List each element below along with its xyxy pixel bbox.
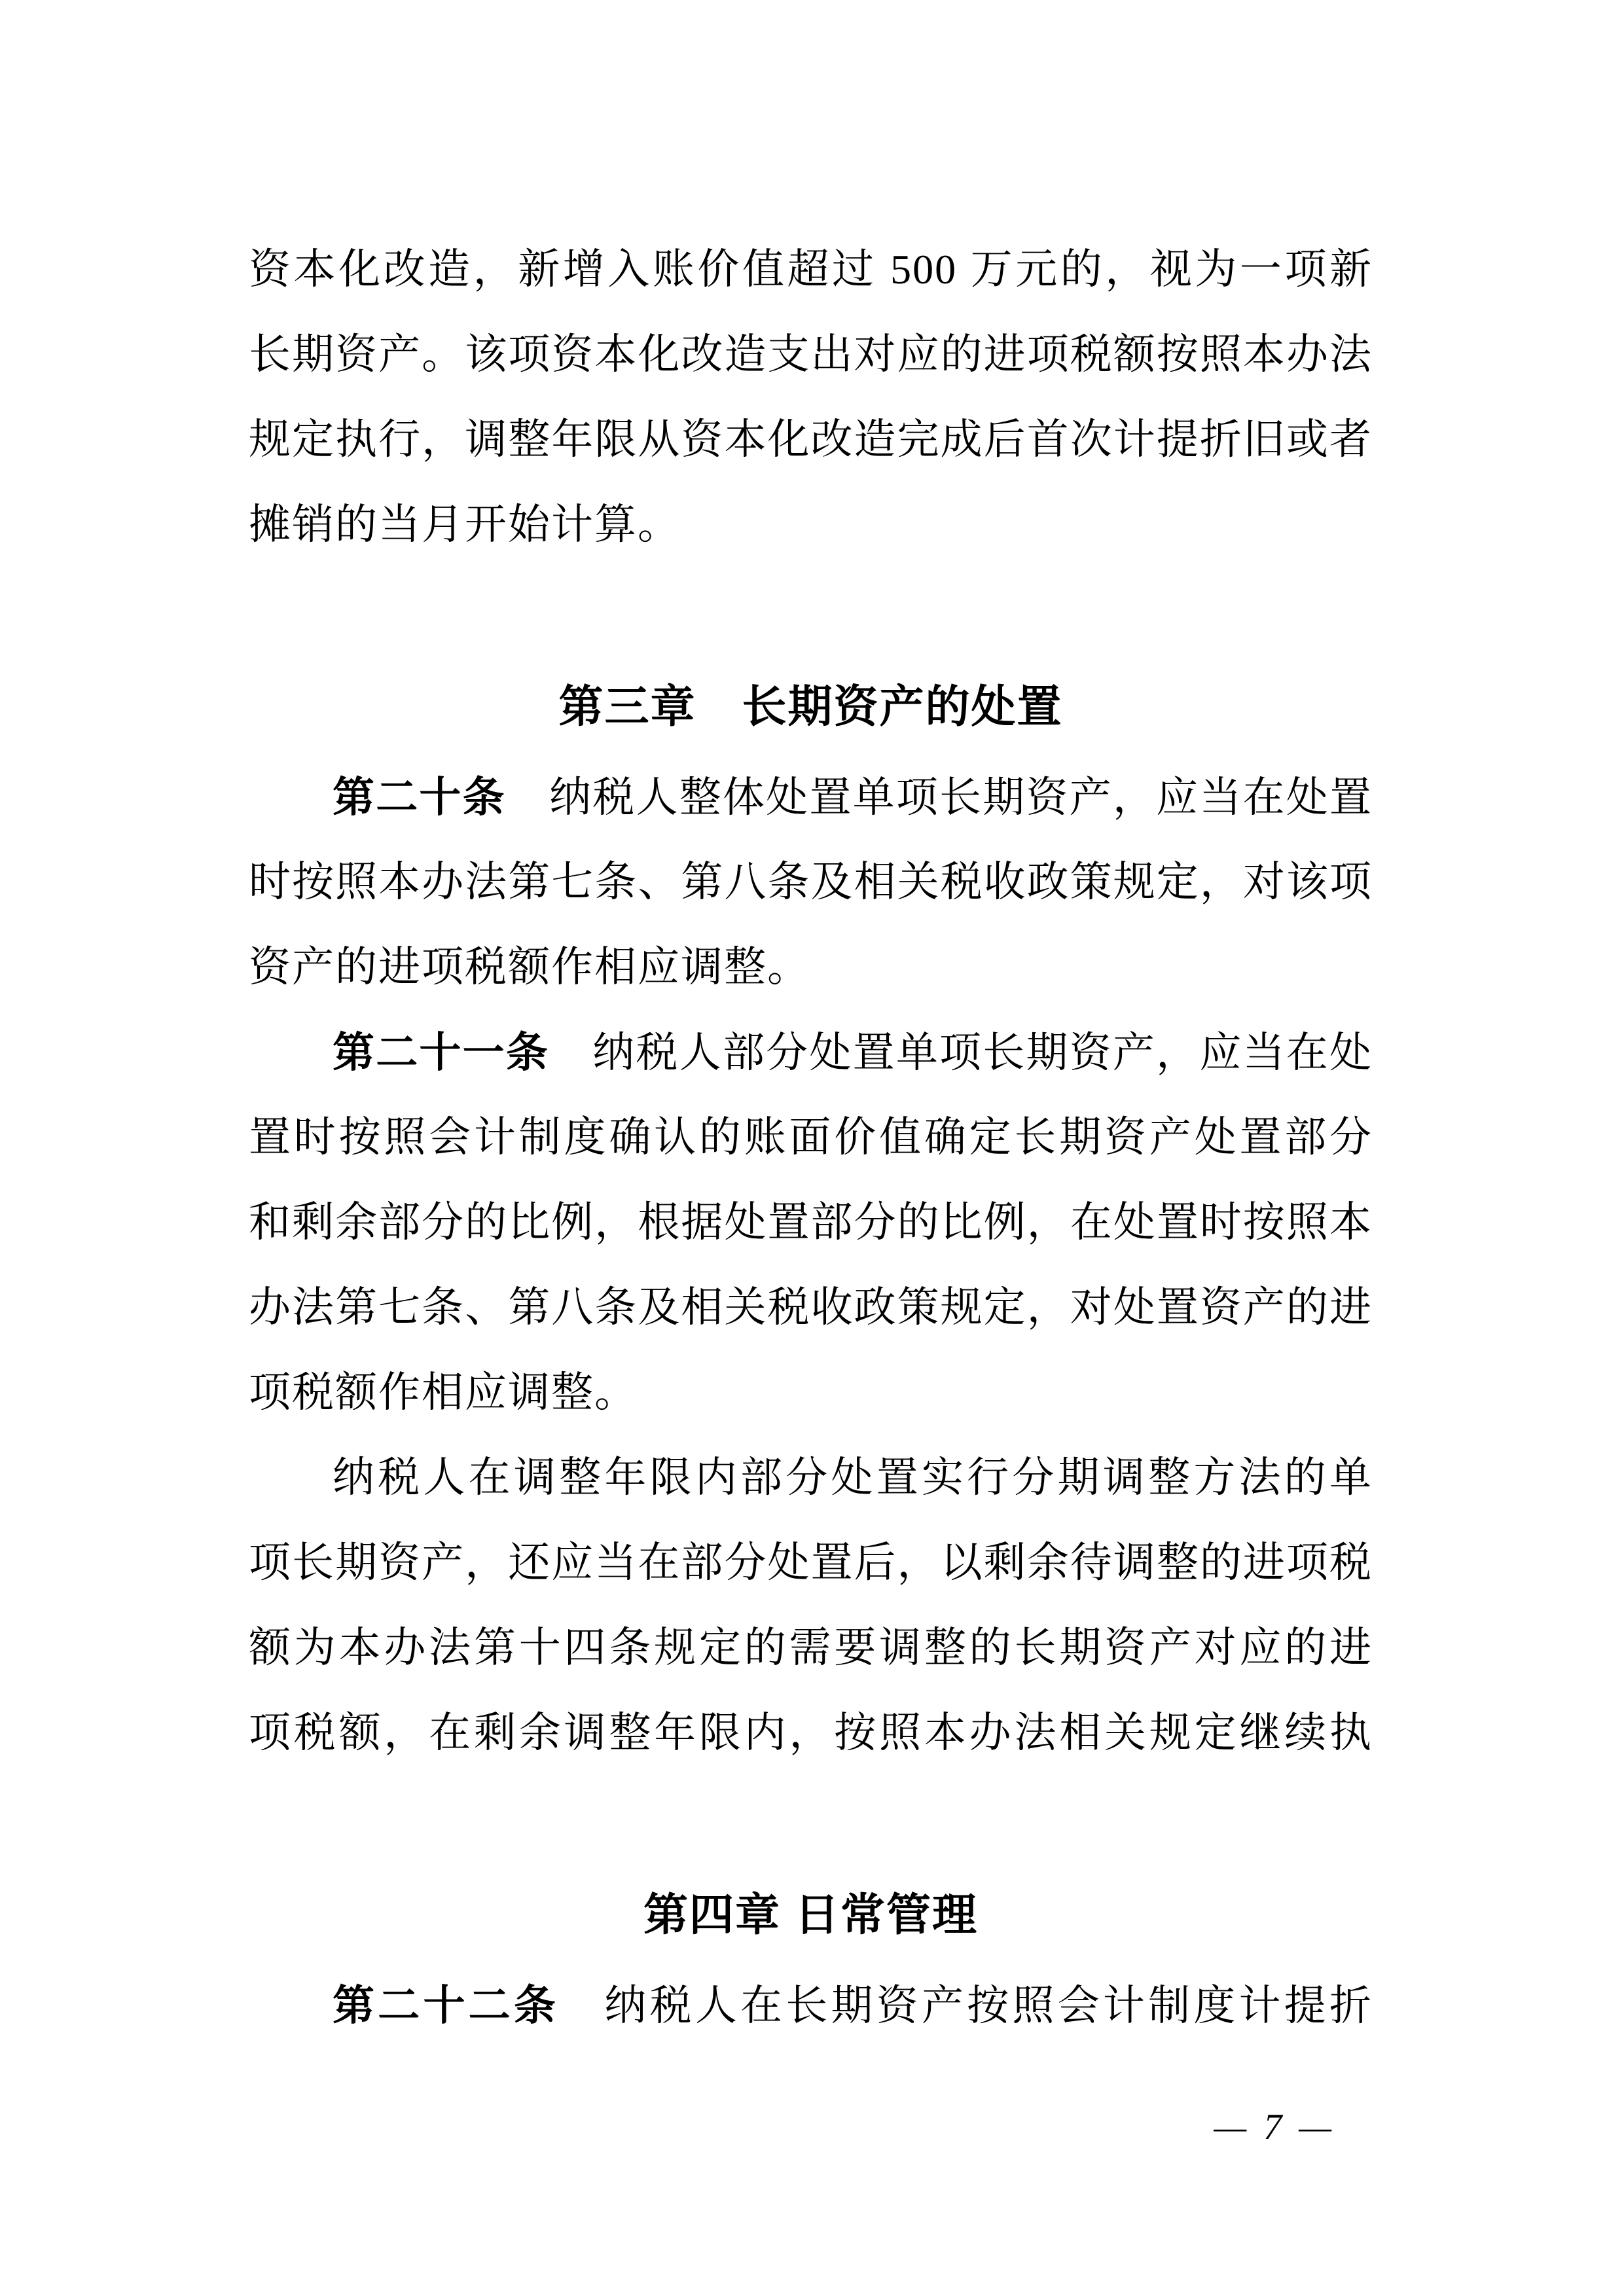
article-paragraph: 第二十条 纳税人整体处置单项长期资产，应当在处置时按照本办法第七条、第八条及相关… (249, 755, 1373, 1010)
article-paragraph: 第二十二条 纳税人在长期资产按照会计制度计提折 (249, 1963, 1373, 2048)
text-line: 长期资产。该项资本化改造支出对应的进项税额按照本办法 (249, 312, 1373, 397)
article-number-label: 第二十条 (333, 774, 506, 821)
article-number-label: 第二十一条 (333, 1029, 549, 1076)
article-number-label: 第二十二条 (333, 1982, 559, 2029)
text-line: 摊销的当月开始计算。 (249, 482, 1373, 567)
text-line: 时按照本办法第七条、第八条及相关税收政策规定，对该项 (249, 840, 1373, 925)
body-paragraph: 纳税人在调整年限内部分处置实行分期调整方法的单项长期资产，还应当在部分处置后，以… (249, 1435, 1373, 1776)
article-paragraph: 第二十一条 纳税人部分处置单项长期资产，应当在处置时按照会计制度确认的账面价值确… (249, 1010, 1373, 1435)
chapter-heading: 第四章 日常管理 (249, 1873, 1373, 1958)
text-line: 资产的进项税额作相应调整。 (249, 925, 1373, 1010)
chapter-heading: 第三章 长期资产的处置 (249, 664, 1373, 749)
text-line: 置时按照会计制度确认的账面价值确定长期资产处置部分 (249, 1095, 1373, 1180)
text-line: 规定执行，调整年限从资本化改造完成后首次计提折旧或者 (249, 397, 1373, 482)
text-line: 和剩余部分的比例，根据处置部分的比例，在处置时按照本 (249, 1180, 1373, 1265)
text-line: 项税额作相应调整。 (249, 1350, 1373, 1435)
text-line: 第二十一条 纳税人部分处置单项长期资产，应当在处 (249, 1010, 1373, 1095)
body-paragraph: 资本化改造，新增入账价值超过 500 万元的，视为一项新的长期资产。该项资本化改… (249, 227, 1373, 567)
text-line: 纳税人在调整年限内部分处置实行分期调整方法的单 (249, 1435, 1373, 1520)
text-line: 项税额，在剩余调整年限内，按照本办法相关规定继续执行。 (249, 1691, 1373, 1776)
text-line: 第二十二条 纳税人在长期资产按照会计制度计提折 (249, 1963, 1373, 2048)
document-body: 资本化改造，新增入账价值超过 500 万元的，视为一项新的长期资产。该项资本化改… (249, 227, 1373, 2048)
text-line: 项长期资产，还应当在部分处置后，以剩余待调整的进项税 (249, 1520, 1373, 1605)
text-line: 办法第七条、第八条及相关税收政策规定，对处置资产的进 (249, 1265, 1373, 1350)
text-line: 额为本办法第十四条规定的需要调整的长期资产对应的进 (249, 1605, 1373, 1691)
text-line: 第二十条 纳税人整体处置单项长期资产，应当在处置 (249, 755, 1373, 840)
text-line: 资本化改造，新增入账价值超过 500 万元的，视为一项新的 (249, 227, 1373, 312)
document-page: 资本化改造，新增入账价值超过 500 万元的，视为一项新的长期资产。该项资本化改… (0, 0, 1624, 2296)
page-number: — 7 — (1214, 2108, 1335, 2147)
